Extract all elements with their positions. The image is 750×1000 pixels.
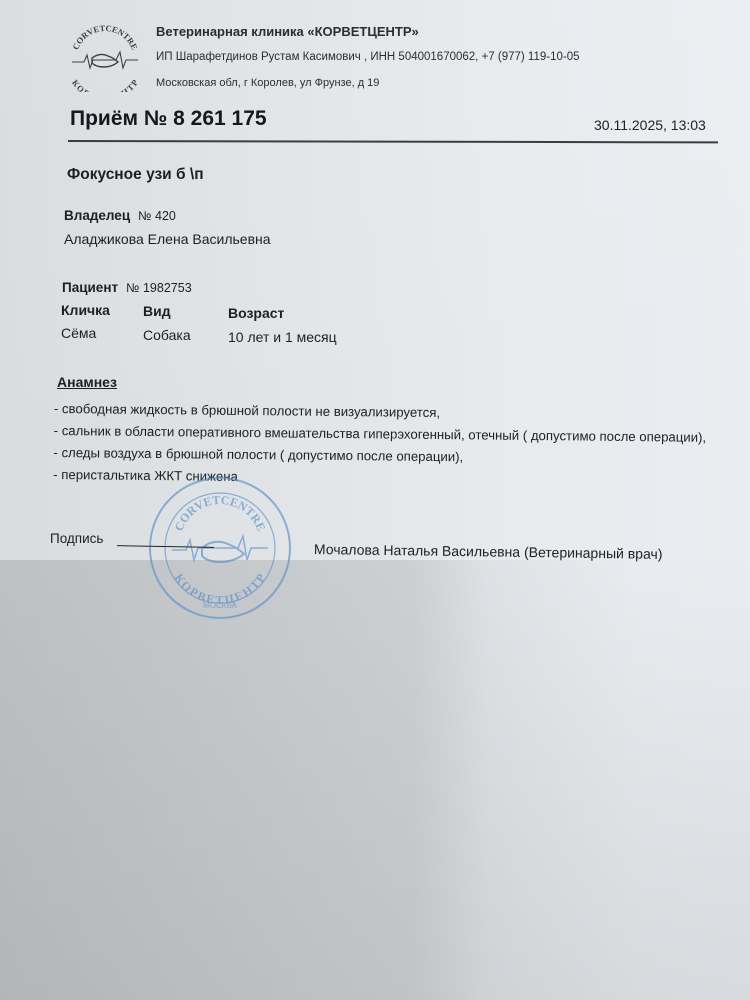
signature-label: Подпись xyxy=(50,531,103,546)
document-page xyxy=(0,0,750,1000)
owner-label: Владелец xyxy=(64,208,130,223)
anamnesis-item: - следы воздуха в брюшной полости ( допу… xyxy=(53,444,713,468)
patient-name-value: Сёма xyxy=(61,325,96,341)
owner-heading: Владелец№ 420 xyxy=(64,207,176,225)
record-datetime: 30.11.2025, 13:03 xyxy=(594,117,706,133)
svg-text:МОСКВА: МОСКВА xyxy=(203,601,237,610)
svg-text:КОРВЕТЦЕНТР: КОРВЕТЦЕНТР xyxy=(70,78,140,92)
patient-label: Пациент xyxy=(62,280,118,295)
anamnesis-item: - сальник в области оперативного вмешате… xyxy=(54,422,714,446)
service-name: Фокусное узи б \п xyxy=(67,166,204,184)
record-title: Приём № 8 261 175 xyxy=(70,107,267,131)
patient-heading: Пациент№ 1982753 xyxy=(62,279,192,297)
anamnesis-title: Анамнез xyxy=(57,374,117,390)
patient-species-value: Собака xyxy=(143,327,191,343)
clinic-name: Ветеринарная клиника «КОРВЕТЦЕНТР» xyxy=(156,24,419,39)
svg-text:CORVETCENTRE: CORVETCENTRE xyxy=(70,23,140,52)
clinic-details: ИП Шарафетдинов Рустам Касимович , ИНН 5… xyxy=(156,51,580,63)
handshake-logo-icon: CORVETCENTRE КОРВЕТЦЕНТР xyxy=(66,22,144,92)
owner-number: № 420 xyxy=(138,209,176,223)
patient-age-value: 10 лет и 1 месяц xyxy=(228,329,337,345)
patient-species-header: Вид xyxy=(143,303,171,319)
svg-text:CORVETCENTRE: CORVETCENTRE xyxy=(172,493,269,533)
patient-age-header: Возраст xyxy=(228,305,284,321)
clinic-address: Московская обл, г Королев, ул Фрунзе, д … xyxy=(156,77,379,89)
patient-number: № 1982753 xyxy=(126,281,192,295)
patient-name-header: Кличка xyxy=(61,302,110,318)
clinic-stamp-icon: CORVETCENTRE КОРВЕТЦЕНТР МОСКВА xyxy=(146,474,294,622)
owner-name: Аладжикова Елена Васильевна xyxy=(64,231,271,247)
